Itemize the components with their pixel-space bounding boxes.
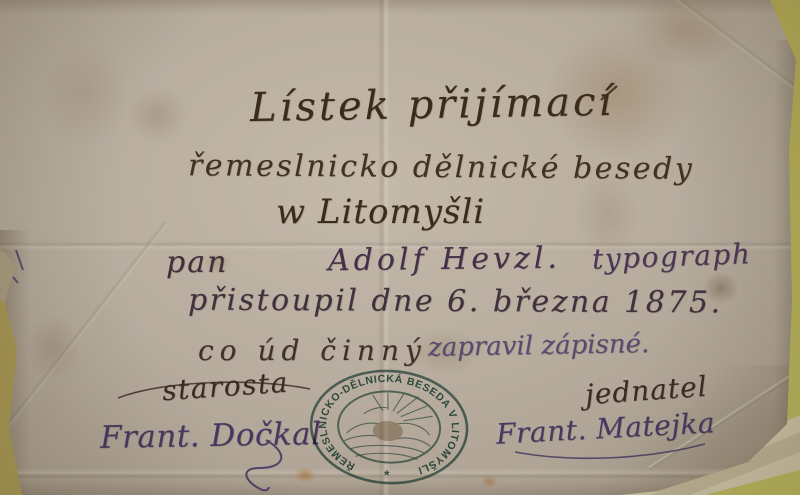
admission-date-line: přistoupil dne 6. března 1875. — [188, 283, 723, 321]
paper-stain — [40, 40, 130, 150]
salutation: pan — [166, 245, 228, 280]
member-profession: typograph — [591, 237, 751, 276]
association-stamp: ŘEMESLNICKO-DĚLNICKÁ BESEDA V LITOMYŠLI … — [296, 358, 483, 495]
paper-stain — [481, 475, 498, 488]
paper-stain — [126, 86, 188, 144]
place-line: w Litomyšli — [276, 192, 485, 232]
document-title: Lístek přijímací — [250, 79, 615, 131]
paper-stain — [26, 315, 80, 381]
document-subtitle: řemeslnicko dělnické besedy — [188, 148, 695, 187]
stamp-star-icon: * — [383, 467, 390, 483]
chairman-signature: Frant. Dočkal — [100, 416, 322, 456]
photo-of-admission-card: Lístek přijímací řemeslnicko dělnické be… — [0, 0, 800, 495]
member-name: Adolf Hevzl. — [328, 241, 561, 278]
fee-line-end: zapravil zápisné. — [428, 329, 650, 363]
